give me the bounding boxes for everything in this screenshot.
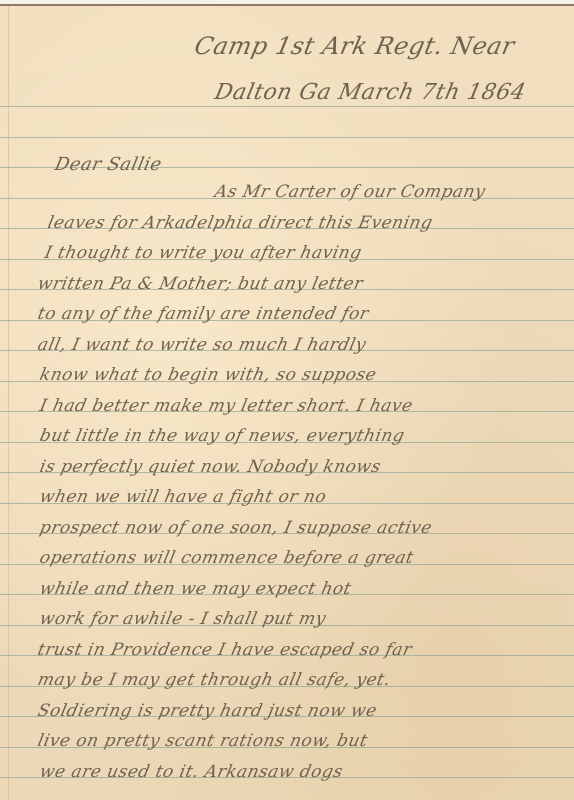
- letter-body-line: when we will have a fight or no: [38, 487, 328, 507]
- letter-body-line: is perfectly quiet now. Nobody knows: [38, 457, 383, 477]
- letter-body-line: all, I want to write so much I hardly: [36, 335, 368, 355]
- letter-body-line: Soldiering is pretty hard just now we: [36, 701, 379, 721]
- ruled-line: [0, 106, 574, 107]
- letter-body-line: to any of the family are intended for: [36, 304, 371, 324]
- letter-body-line: As Mr Carter of our Company: [213, 182, 487, 202]
- letter-body-line: written Pa & Mother; but any letter: [36, 274, 365, 294]
- letter-body-line: we are used to it. Arkansaw dogs: [38, 762, 345, 782]
- letter-body-line: leaves for Arkadelphia direct this Eveni…: [46, 213, 435, 233]
- paper-margin-line: [8, 6, 9, 800]
- letter-body-line: I thought to write you after having: [43, 243, 364, 263]
- letter-body-line: trust in Providence I have escaped so fa…: [36, 640, 414, 660]
- letter-heading-date: Dalton Ga March 7th 1864: [212, 80, 528, 105]
- ruled-line: [0, 137, 574, 138]
- letter-body-line: operations will commence before a great: [38, 548, 416, 568]
- letter-body-line: may be I may get through all safe, yet.: [36, 670, 393, 690]
- letter-body-line: I had better make my letter short. I hav…: [38, 396, 415, 416]
- letter-body-line: know what to begin with, so suppose: [38, 365, 379, 385]
- letter-body-line: prospect now of one soon, I suppose acti…: [38, 518, 434, 538]
- letter-heading-location: Camp 1st Ark Regt. Near: [192, 32, 517, 60]
- letter-body-line: while and then we may expect hot: [38, 579, 353, 599]
- letter-salutation: Dear Sallie: [53, 154, 164, 175]
- letter-body-line: but little in the way of news, everythin…: [38, 426, 407, 446]
- letter-page: Camp 1st Ark Regt. Near Dalton Ga March …: [0, 4, 574, 800]
- letter-body-line: live on pretty scant rations now, but: [36, 731, 370, 751]
- letter-body-line: work for awhile - I shall put my: [38, 609, 328, 629]
